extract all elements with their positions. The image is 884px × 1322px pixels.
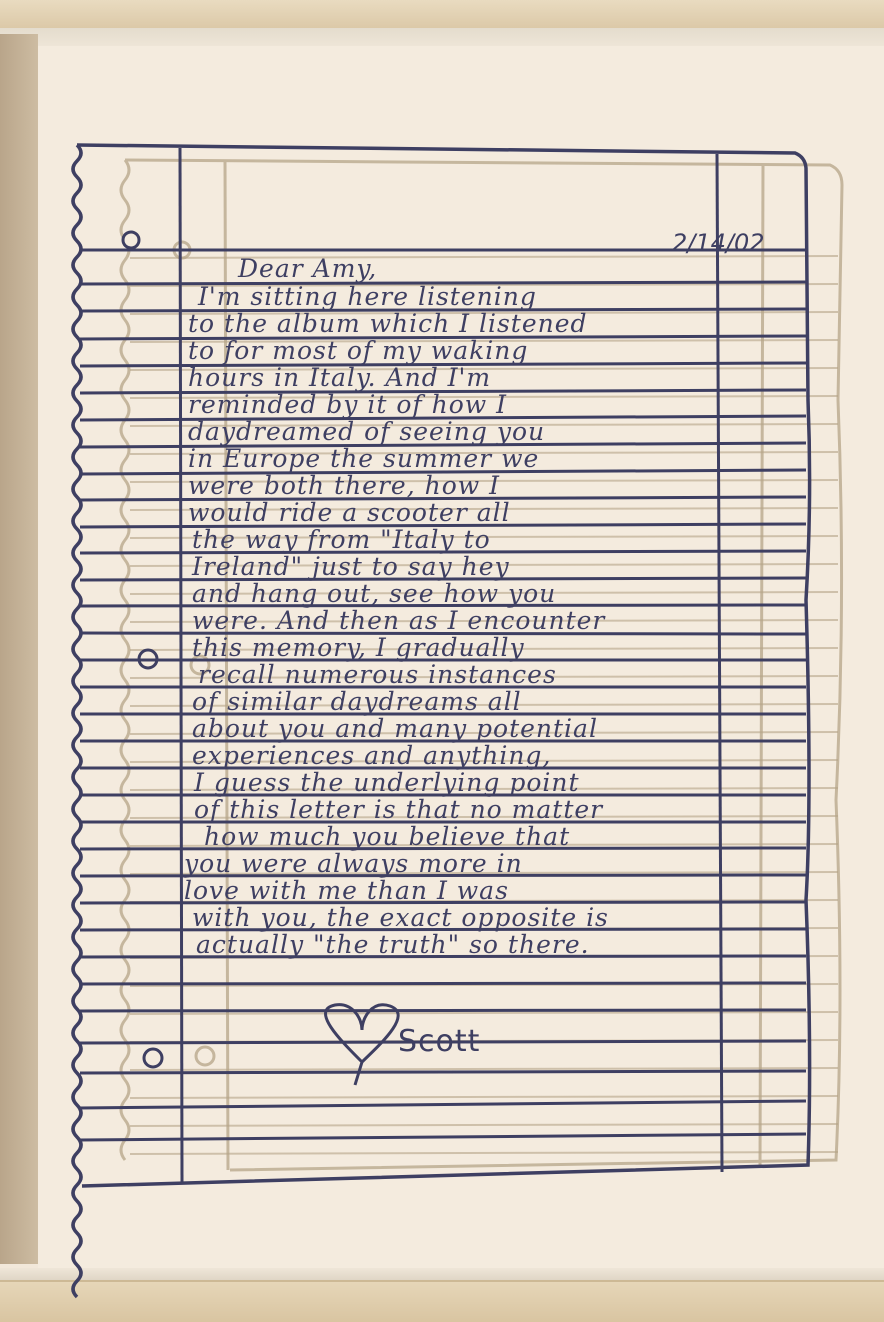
ruled-lines <box>80 250 806 1140</box>
binder-hole-icon <box>123 232 139 248</box>
notebook-paper-cutout <box>0 0 884 1322</box>
margin-lines <box>180 148 722 1183</box>
binder-hole-icon <box>144 1049 162 1067</box>
